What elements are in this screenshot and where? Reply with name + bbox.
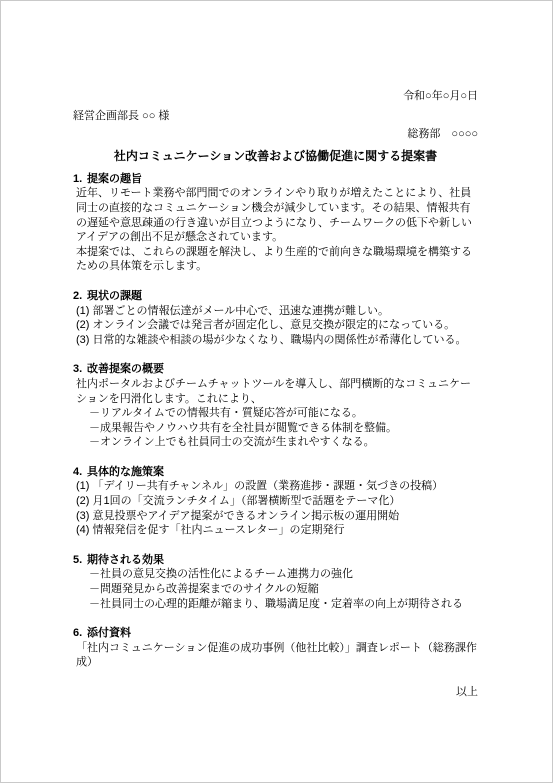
section-title: 提案の趣旨 <box>87 172 478 187</box>
section-heading: 2.現状の課題 <box>73 289 478 304</box>
dash-bullet: － <box>89 421 100 436</box>
numbered-item: (1) 部署ごとの情報伝達がメール中心で、迅速な連携が難しい。 <box>76 304 478 319</box>
section-title: 改善提案の概要 <box>87 362 478 377</box>
dash-item: －社員の意見交換の活性化によるチーム連携力の強化 <box>76 567 478 582</box>
dash-item-text: 社員同士の心理的距離が縮まり、職場満足度・定着率の向上が期待される <box>100 597 478 612</box>
document-page: { "header": { "date": "令和○年○月○日", "recip… <box>0 0 553 783</box>
section: 2.現状の課題(1) 部署ごとの情報伝達がメール中心で、迅速な連携が難しい。(2… <box>73 289 478 347</box>
section-body: (1) 「デイリー共有チャンネル」の設置（業務進捗・課題・気づきの投稿）(2) … <box>76 479 478 537</box>
section-paragraph: 「社内コミュニケーション促進の成功事例（他社比較）」調査レポート（総務課作成） <box>76 641 478 670</box>
dash-item: －問題発見から改善提案までのサイクルの短縮 <box>76 582 478 597</box>
section-number: 5. <box>73 553 87 568</box>
sections: 1.提案の趣旨近年、リモート業務や部門間でのオンラインやり取りが増えたことにより… <box>73 172 478 670</box>
section-body: 社内ポータルおよびチームチャットツールを導入し、部門横断的なコミュニケーションを… <box>76 377 478 450</box>
document-date: 令和○年○月○日 <box>73 89 478 104</box>
section-paragraph: 本提案では、これらの課題を解決し、より生産的で前向きな職場環境を構築するための具… <box>76 245 478 274</box>
proposal-document: 令和○年○月○日 経営企画部長 ○○ 様 総務部 ○○○○ 社内コミュニケーショ… <box>1 1 552 700</box>
recipient: 経営企画部長 ○○ 様 <box>73 109 478 124</box>
section-number: 6. <box>73 626 87 641</box>
numbered-item: (2) オンライン会議では発言者が固定化し、意見交換が限定的になっている。 <box>76 318 478 333</box>
numbered-item: (4) 情報発信を促す「社内ニュースレター」の定期発行 <box>76 523 478 538</box>
section-title: 具体的な施策案 <box>87 465 478 480</box>
dash-item-text: 問題発見から改善提案までのサイクルの短縮 <box>100 582 478 597</box>
section-title: 期待される効果 <box>87 553 478 568</box>
section-number: 2. <box>73 289 87 304</box>
numbered-item: (2) 月1回の「交流ランチタイム」（部署横断型で話題をテーマ化） <box>76 494 478 509</box>
section-body: 近年、リモート業務や部門間でのオンラインやり取りが増えたことにより、社員同士の直… <box>76 186 478 274</box>
section-heading: 1.提案の趣旨 <box>73 172 478 187</box>
dash-item-text: リアルタイムでの情報共有・質疑応答が可能になる。 <box>100 406 478 421</box>
section-heading: 5.期待される効果 <box>73 553 478 568</box>
section-heading: 4.具体的な施策案 <box>73 465 478 480</box>
section-title: 現状の課題 <box>87 289 478 304</box>
section: 4.具体的な施策案(1) 「デイリー共有チャンネル」の設置（業務進捗・課題・気づ… <box>73 465 478 538</box>
dash-bullet: － <box>89 597 100 612</box>
dash-item-text: 成果報告やノウハウ共有を全社員が閲覧できる体制を整備。 <box>100 421 478 436</box>
dash-item-text: 社員の意見交換の活性化によるチーム連携力の強化 <box>100 567 478 582</box>
document-title: 社内コミュニケーション改善および協働促進に関する提案書 <box>73 147 478 165</box>
dash-bullet: － <box>89 435 100 450</box>
dash-bullet: － <box>89 567 100 582</box>
numbered-item: (3) 日常的な雑談や相談の場が少なくなり、職場内の関係性が希薄化している。 <box>76 333 478 348</box>
numbered-item: (3) 意見投票やアイデア提案ができるオンライン掲示板の運用開始 <box>76 509 478 524</box>
section-body: －社員の意見交換の活性化によるチーム連携力の強化－問題発見から改善提案までのサイ… <box>76 567 478 611</box>
section-number: 1. <box>73 172 87 187</box>
dash-item: －オンライン上でも社員同士の交流が生まれやすくなる。 <box>76 435 478 450</box>
section-paragraph: 近年、リモート業務や部門間でのオンラインやり取りが増えたことにより、社員同士の直… <box>76 186 478 244</box>
dash-item: －成果報告やノウハウ共有を全社員が閲覧できる体制を整備。 <box>76 421 478 436</box>
section-heading: 6.添付資料 <box>73 626 478 641</box>
dash-item: －リアルタイムでの情報共有・質疑応答が可能になる。 <box>76 406 478 421</box>
section: 6.添付資料「社内コミュニケーション促進の成功事例（他社比較）」調査レポート（総… <box>73 626 478 670</box>
closing-mark: 以上 <box>73 685 478 700</box>
section-number: 4. <box>73 465 87 480</box>
section-paragraph: 社内ポータルおよびチームチャットツールを導入し、部門横断的なコミュニケーションを… <box>76 377 478 406</box>
dash-bullet: － <box>89 406 100 421</box>
numbered-item: (1) 「デイリー共有チャンネル」の設置（業務進捗・課題・気づきの投稿） <box>76 479 478 494</box>
section: 3.改善提案の概要社内ポータルおよびチームチャットツールを導入し、部門横断的なコ… <box>73 362 478 450</box>
section: 5.期待される効果－社員の意見交換の活性化によるチーム連携力の強化－問題発見から… <box>73 553 478 611</box>
sender: 総務部 ○○○○ <box>73 127 478 142</box>
section-number: 3. <box>73 362 87 377</box>
section: 1.提案の趣旨近年、リモート業務や部門間でのオンラインやり取りが増えたことにより… <box>73 172 478 274</box>
dash-item: －社員同士の心理的距離が縮まり、職場満足度・定着率の向上が期待される <box>76 597 478 612</box>
section-title: 添付資料 <box>87 626 478 641</box>
section-body: (1) 部署ごとの情報伝達がメール中心で、迅速な連携が難しい。(2) オンライン… <box>76 304 478 348</box>
section-heading: 3.改善提案の概要 <box>73 362 478 377</box>
section-body: 「社内コミュニケーション促進の成功事例（他社比較）」調査レポート（総務課作成） <box>76 641 478 670</box>
dash-item-text: オンライン上でも社員同士の交流が生まれやすくなる。 <box>100 435 478 450</box>
dash-bullet: － <box>89 582 100 597</box>
